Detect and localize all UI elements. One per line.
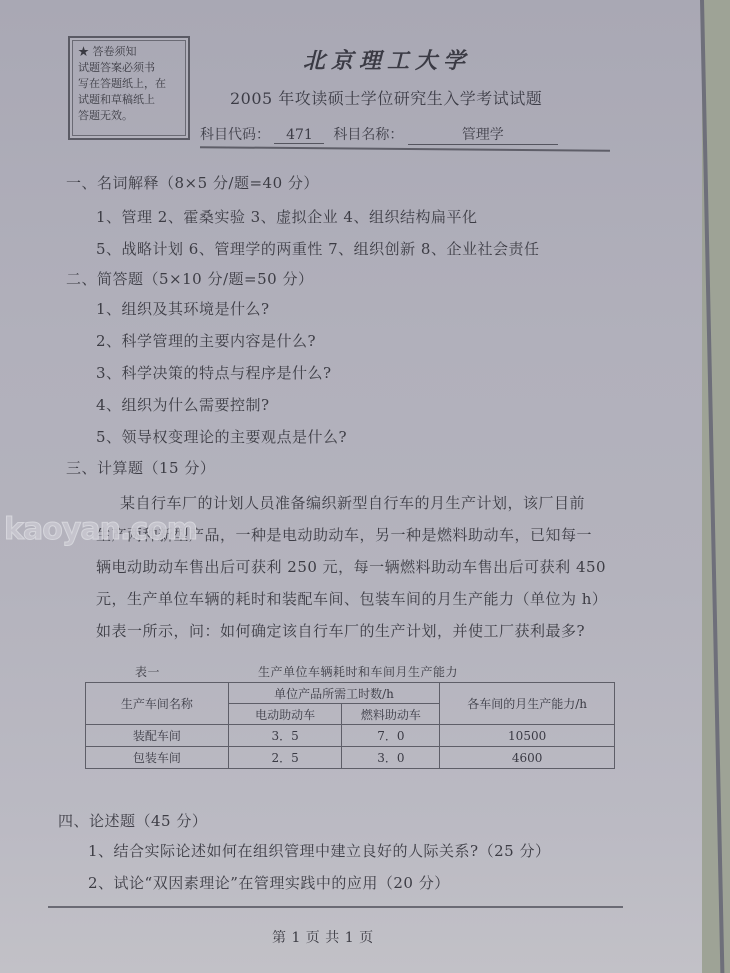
- university-name: 北京理工大学: [303, 44, 471, 75]
- section2-item: 1、组织及其环境是什么?: [96, 298, 270, 319]
- cell-name: 包装车间: [86, 747, 229, 769]
- section3-title: 三、计算题（15 分）: [66, 457, 215, 478]
- section2-item: 5、领导权变理论的主要观点是什么?: [96, 426, 347, 447]
- section4-title: 四、论述题（45 分）: [58, 810, 207, 831]
- notice-line: 答题无效。: [78, 109, 133, 122]
- cell-fuel: 3．0: [342, 747, 440, 769]
- page-number: 第 1 页 共 1 页: [272, 927, 374, 947]
- table-caption: 生产单位车辆耗时和车间月生产能力: [258, 663, 458, 680]
- subject-code-label: 科目代码：: [200, 127, 270, 143]
- section1-line1: 1、管理 2、霍桑实验 3、虚拟企业 4、组织结构扁平化: [96, 206, 477, 227]
- section2-item: 4、组织为什么需要控制?: [96, 394, 270, 415]
- cell-capacity: 10500: [440, 725, 615, 747]
- section2-item: 2、科学管理的主要内容是什么?: [96, 330, 316, 351]
- section3-para-line: 如表一所示，问：如何确定该自行车厂的生产计划，并使工厂获利最多?: [96, 620, 585, 641]
- exam-title: 2005 年攻读硕士学位研究生入学考试试题: [230, 86, 542, 109]
- table-row: 包装车间 2．5 3．0 4600: [86, 747, 615, 769]
- section3-para-line: 辆电动助动车售出后可获利 250 元，每一辆燃料助动车售出后可获利 450: [96, 556, 606, 577]
- production-table: 生产车间名称 单位产品所需工时数/h 各车间的月生产能力/h 电动助动车 燃料助…: [85, 682, 615, 769]
- section3-para-line: 某自行车厂的计划人员准备编织新型自行车的月生产计划，该厂目前: [120, 492, 585, 513]
- section2-item: 3、科学决策的特点与程序是什么?: [96, 362, 332, 383]
- notice-line: 写在答题纸上，在: [78, 77, 166, 90]
- notice-text: ★ 答卷须知 试题答案必须书 写在答题纸上，在 试题和草稿纸上 答题无效。: [78, 44, 166, 124]
- cell-electric: 3．5: [228, 725, 342, 747]
- subject-row: 科目代码： 471 科目名称： 管理学: [200, 124, 558, 145]
- star-icon: ★: [78, 45, 89, 58]
- table-label: 表一: [135, 663, 160, 680]
- notice-line: 试题和草稿纸上: [78, 93, 155, 106]
- subject-name: 管理学: [408, 124, 558, 145]
- cell-fuel: 7．0: [342, 725, 440, 747]
- subject-code: 471: [274, 127, 324, 144]
- header-workshop: 生产车间名称: [86, 683, 229, 725]
- watermark: kaoyan.com: [4, 512, 197, 547]
- header-electric: 电动助动车: [228, 704, 342, 725]
- section4-item: 2、试论“双因素理论”在管理实践中的应用（20 分）: [88, 872, 450, 893]
- subject-name-label: 科目名称：: [333, 127, 403, 143]
- cell-capacity: 4600: [440, 747, 615, 769]
- footer-rule: [48, 906, 623, 908]
- notice-title: 答卷须知: [93, 45, 137, 58]
- cell-electric: 2．5: [228, 747, 342, 769]
- header-capacity: 各车间的月生产能力/h: [440, 683, 615, 725]
- header-hours: 单位产品所需工时数/h: [228, 683, 440, 704]
- paper-edge: [700, 0, 724, 973]
- notice-box: ★ 答卷须知 试题答案必须书 写在答题纸上，在 试题和草稿纸上 答题无效。: [68, 36, 190, 140]
- cell-name: 装配车间: [86, 725, 229, 747]
- section2-title: 二、简答题（5×10 分/题=50 分）: [66, 268, 313, 289]
- header-fuel: 燃料助动车: [342, 704, 440, 725]
- section1-line2: 5、战略计划 6、管理学的两重性 7、组织创新 8、企业社会责任: [96, 238, 539, 259]
- table-row: 装配车间 3．5 7．0 10500: [86, 725, 615, 747]
- section4-item: 1、结合实际论述如何在组织管理中建立良好的人际关系?（25 分）: [88, 840, 550, 861]
- notice-line: 试题答案必须书: [78, 61, 155, 74]
- section3-para-line: 元，生产单位车辆的耗时和装配车间、包装车间的月生产能力（单位为 h）: [96, 588, 607, 609]
- section1-title: 一、名词解释（8×5 分/题=40 分）: [66, 172, 319, 193]
